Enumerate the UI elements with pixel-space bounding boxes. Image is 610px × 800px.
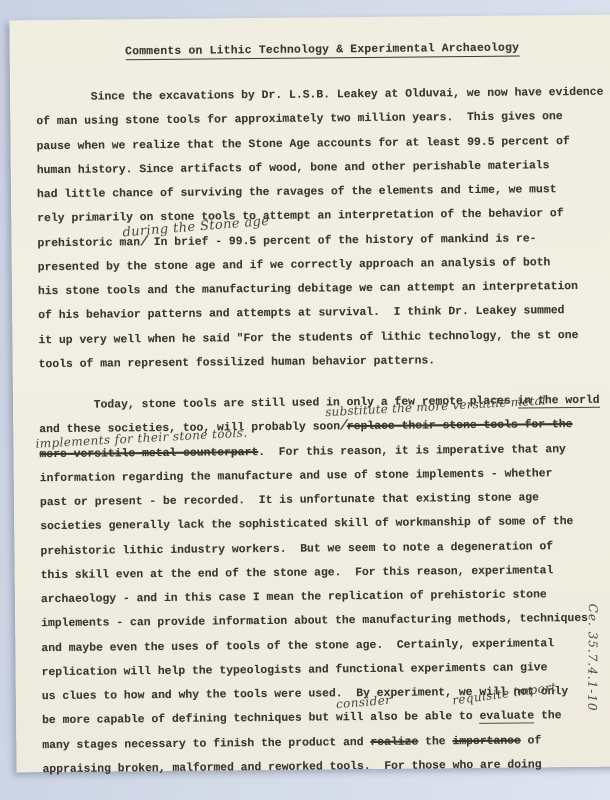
struck-text: importance	[452, 735, 520, 748]
paragraph-2: Today, stone tools are still used in onl…	[39, 388, 610, 782]
text-segment: In brief - 99.5 percent of the history o…	[147, 233, 537, 249]
document-title-text: Comments on Lithic Technology & Experime…	[125, 43, 519, 61]
text-segment: many stages necessary to finish the prod…	[42, 736, 370, 751]
document-page: Comments on Lithic Technology & Experime…	[9, 14, 610, 772]
text-line: appraising broken, malformed and reworke…	[42, 752, 610, 782]
document-title: Comments on Lithic Technology & Experime…	[10, 41, 610, 59]
text-segment: be more capable of defining techniques b…	[42, 711, 480, 727]
text-segment: the	[534, 710, 561, 722]
handwritten-catalog-number: Ce. 35.7.4.1-10	[585, 604, 600, 712]
struck-text: replace their stone tools for the	[347, 419, 573, 433]
struck-text: realize	[370, 736, 418, 748]
text-segment: of	[521, 735, 542, 747]
marked-word: evaluate	[479, 711, 534, 725]
scanner-background: Comments on Lithic Technology & Experime…	[0, 0, 610, 800]
text-line: tools of man represent fossilized human …	[39, 347, 610, 377]
text-segment: the	[418, 736, 452, 748]
text-segment: . For this reason, it is imperative that…	[258, 444, 566, 459]
